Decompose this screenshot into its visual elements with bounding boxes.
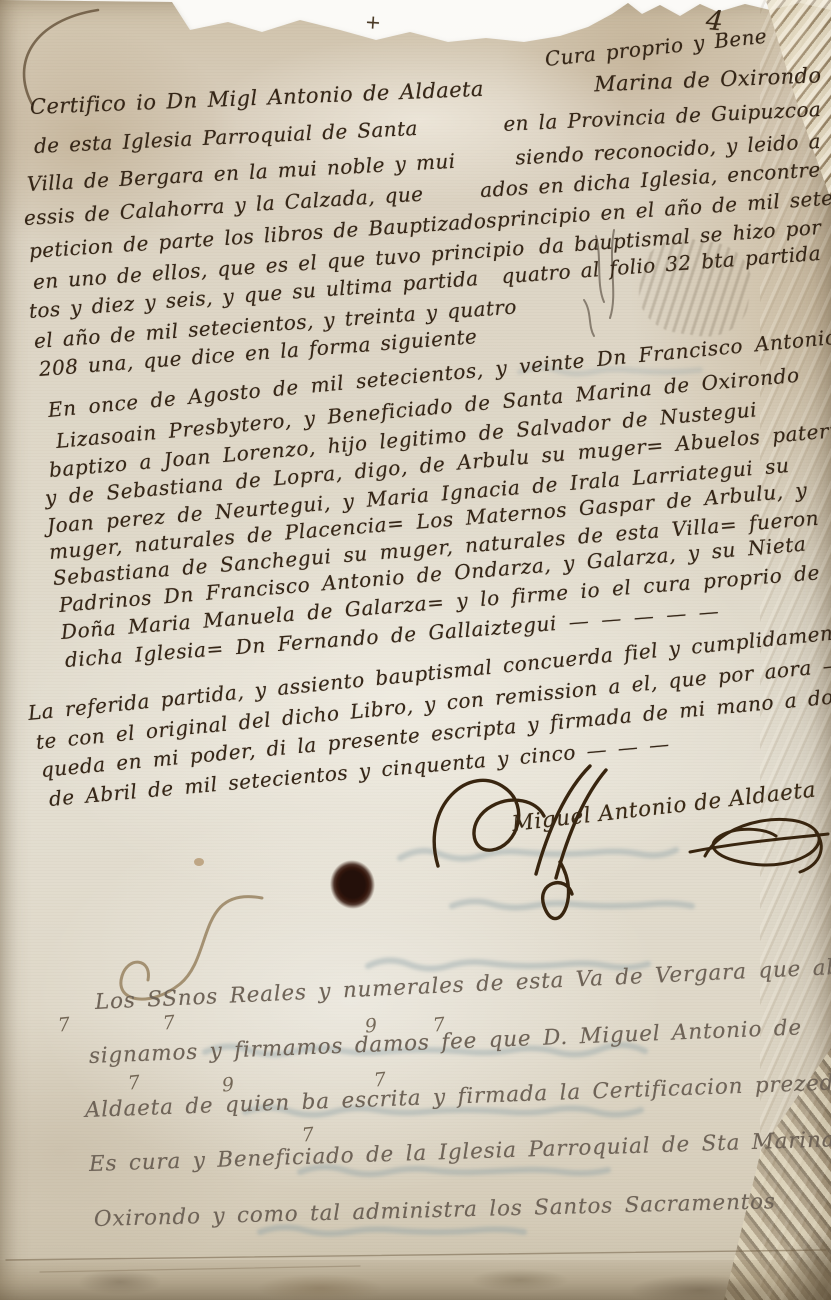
bottom-damage-strip <box>0 1260 831 1300</box>
stray-mark: 7 <box>432 1013 446 1036</box>
stray-mark: 7 <box>127 1071 141 1094</box>
ink-fleck <box>194 858 204 866</box>
stray-mark: 7 <box>57 1013 71 1036</box>
stray-mark: 7 <box>162 1011 176 1034</box>
stray-mark: 9 <box>364 1014 378 1037</box>
stray-mark: 9 <box>221 1073 235 1096</box>
cross-mark: + <box>364 11 381 34</box>
stray-mark: 7 <box>301 1123 315 1146</box>
manuscript-scan: + 4 Cura proprio y Bene Certifico io Dn … <box>0 0 831 1300</box>
stray-mark: 7 <box>373 1068 387 1091</box>
